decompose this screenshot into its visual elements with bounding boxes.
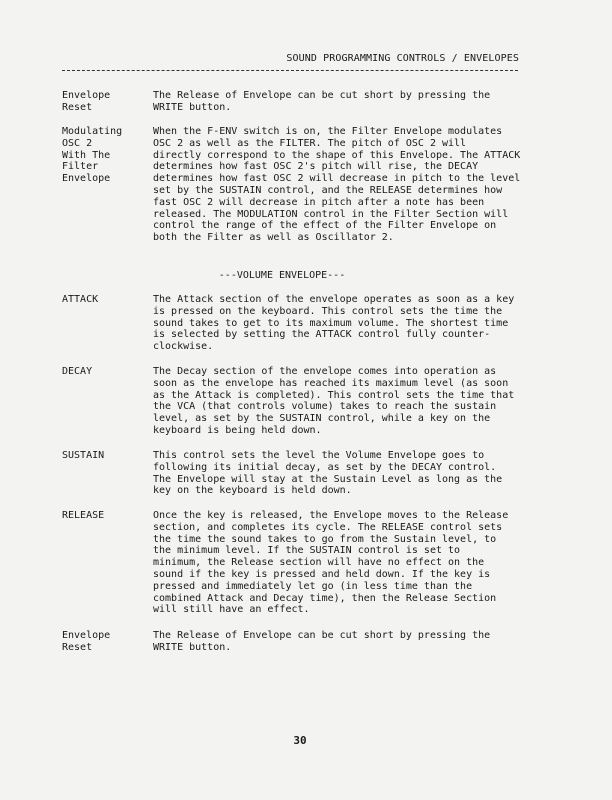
entry-text: The Release of Envelope can be cut short… [153,630,533,654]
entry-label: RELEASE [62,510,147,522]
entry-text: This control sets the level the Volume E… [153,450,533,497]
entry-text: When the F-ENV switch is on, the Filter … [153,126,533,244]
entry-label: SUSTAIN [62,450,147,462]
entry-label: Envelope Reset [62,90,147,114]
entry-text: The Attack section of the envelope opera… [153,294,533,353]
entry-text: Once the key is released, the Envelope m… [153,510,533,616]
header-divider [62,70,518,71]
section-title-volume-envelope: ---VOLUME ENVELOPE--- [62,270,502,281]
entry-text: The Release of Envelope can be cut short… [153,90,533,114]
page-header-title: SOUND PROGRAMMING CONTROLS / ENVELOPES [62,53,519,64]
entry-label: Envelope Reset [62,630,147,654]
page-number: 30 [0,734,600,747]
entry-text: The Decay section of the envelope comes … [153,366,533,437]
entry-label: ATTACK [62,294,147,306]
entry-label: DECAY [62,366,147,378]
entry-label: Modulating OSC 2 With The Filter Envelop… [62,126,147,185]
